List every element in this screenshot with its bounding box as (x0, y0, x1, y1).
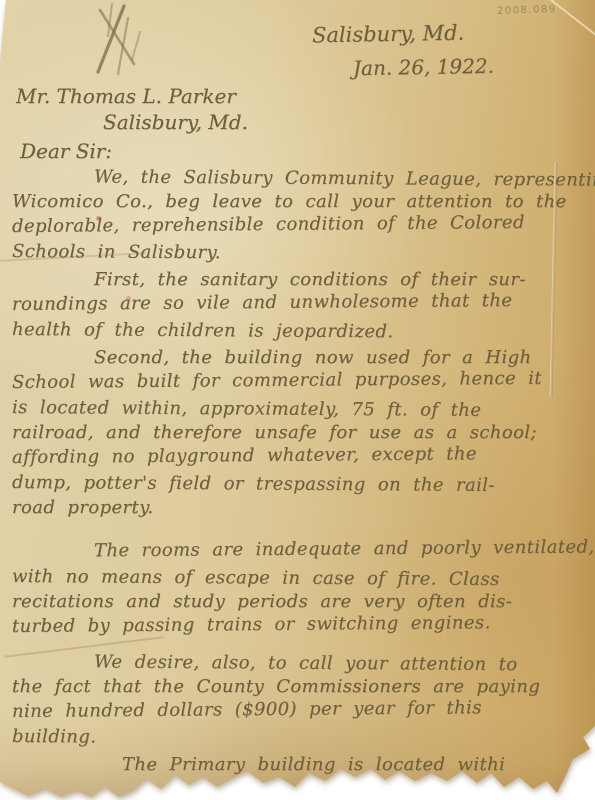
ink-scribble-mark (84, 2, 156, 78)
letter-line: School was built for commercial purposes… (12, 365, 590, 395)
letter-line: is located within, approximately, 75 ft.… (12, 395, 590, 424)
accession-number: 2008.089 (497, 4, 557, 17)
heading-place: Salisbury, Md. (312, 21, 465, 48)
heading-date: Jan. 26, 1922. (353, 54, 494, 80)
salutation: Dear Sir: (20, 139, 112, 163)
paper-sheet-wrap: 2008.089 Salisbury, Md. Jan. 26, 1922. M… (0, 0, 595, 800)
letter-line: health of the children is jeopardized. (12, 317, 590, 346)
letter-line: building. (12, 724, 590, 753)
letter-line: deplorable, reprehensible condition of t… (12, 209, 590, 239)
letter-line: The rooms are inadequate and poorly vent… (12, 534, 590, 564)
letter-line: nine hundred dollars ($900) per year for… (12, 694, 590, 724)
paper-sheet: 2008.089 Salisbury, Md. Jan. 26, 1922. M… (0, 0, 595, 800)
letter-line: roundings are so vile and unwholesome th… (12, 287, 590, 317)
letter-line: with no means of escape in case of fire.… (12, 564, 590, 593)
letter-line: dump, potter's field or trespassing on t… (12, 470, 590, 499)
letter-photo: 2008.089 Salisbury, Md. Jan. 26, 1922. M… (0, 0, 595, 800)
letter-body: We, the Salisbury Community League, repr… (12, 164, 590, 777)
letter-line: Schools in Salisbury. (12, 239, 590, 268)
recipient-name: Mr. Thomas L. Parker (16, 84, 236, 108)
recipient-place: Salisbury, Md. (103, 110, 248, 134)
letter-line: road property. (12, 495, 590, 520)
letter-line: We, the Salisbury Community League, repr… (12, 164, 590, 193)
letter-line: turbed by passing trains or switching en… (12, 609, 590, 639)
letter-line: We desire, also, to call your attention … (12, 649, 590, 678)
letter-line: affording no playground whatever, except… (12, 440, 590, 470)
letter-line: The Primary building is located withi (12, 752, 590, 777)
